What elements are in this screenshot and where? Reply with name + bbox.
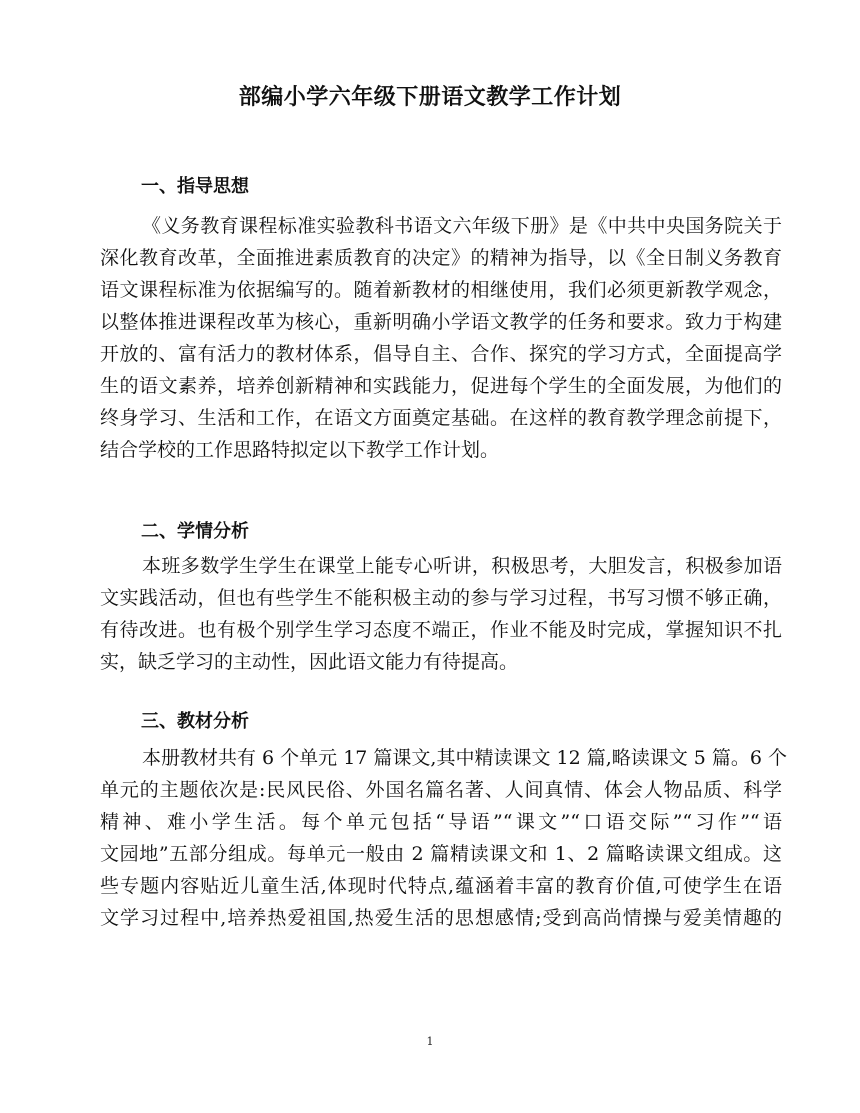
paragraph-line: 精神、难小学生活。每个单元包括“导语”“课文”“口语交际”“习作”“语 bbox=[100, 807, 782, 834]
paragraph-line: 单元的主题依次是:民风民俗、外国名篇名著、人间真情、体会人物品质、科学 bbox=[100, 775, 782, 802]
document-page: 部编小学六年级下册语文教学工作计划 一、指导思想 《义务教育课程标准实验教科书语… bbox=[0, 0, 860, 1113]
section-heading-student-analysis: 二、学情分析 bbox=[141, 517, 249, 543]
paragraph-line: 文实践活动，但也有些学生不能积极主动的参与学习过程，书写习惯不够正确， bbox=[100, 583, 782, 610]
paragraph-line: 开放的、富有活力的教材体系，倡导自主、合作、探究的学习方式，全面提高学 bbox=[100, 339, 782, 366]
paragraph-line: 本班多数学生学生在课堂上能专心听讲，积极思考，大胆发言，积极参加语 bbox=[142, 551, 782, 578]
paragraph-line: 文园地”五部分组成。每单元一般由 2 篇精读课文和 1、2 篇略读课文组成。这 bbox=[100, 839, 782, 866]
paragraph-line: 有待改进。也有极个别学生学习态度不端正，作业不能及时完成，掌握知识不扎 bbox=[100, 615, 782, 642]
page-number: 1 bbox=[0, 1035, 860, 1048]
paragraph-line: 实，缺乏学习的主动性，因此语文能力有待提高。 bbox=[100, 647, 782, 674]
paragraph-line: 文学习过程中,培养热爱祖国,热爱生活的思想感情;受到高尚情操与爱美情趣的 bbox=[100, 903, 782, 930]
paragraph-line: 些专题内容贴近儿童生活,体现时代特点,蕴涵着丰富的教育价值,可使学生在语 bbox=[100, 871, 782, 898]
paragraph-line: 语文课程标准为依据编写的。随着新教材的相继使用，我们必须更新教学观念， bbox=[100, 275, 782, 302]
section-heading-guiding-ideology: 一、指导思想 bbox=[141, 172, 249, 198]
paragraph-line: 《义务教育课程标准实验教科书语文六年级下册》是《中共中央国务院关于 bbox=[142, 211, 782, 238]
paragraph-line: 以整体推进课程改革为核心，重新明确小学语文教学的任务和要求。致力于构建 bbox=[100, 307, 782, 334]
document-title: 部编小学六年级下册语文教学工作计划 bbox=[0, 80, 860, 111]
paragraph-line: 终身学习、生活和工作，在语文方面奠定基础。在这样的教育教学理念前提下， bbox=[100, 403, 782, 430]
paragraph-line: 深化教育改革，全面推进素质教育的决定》的精神为指导，以《全日制义务教育 bbox=[100, 243, 782, 270]
section-heading-textbook-analysis: 三、教材分析 bbox=[141, 707, 249, 733]
paragraph-line: 本册教材共有 6 个单元 17 篇课文,其中精读课文 12 篇,略读课文 5 篇… bbox=[142, 743, 782, 770]
paragraph-line: 结合学校的工作思路特拟定以下教学工作计划。 bbox=[100, 435, 782, 462]
paragraph-line: 生的语文素养，培养创新精神和实践能力，促进每个学生的全面发展，为他们的 bbox=[100, 371, 782, 398]
